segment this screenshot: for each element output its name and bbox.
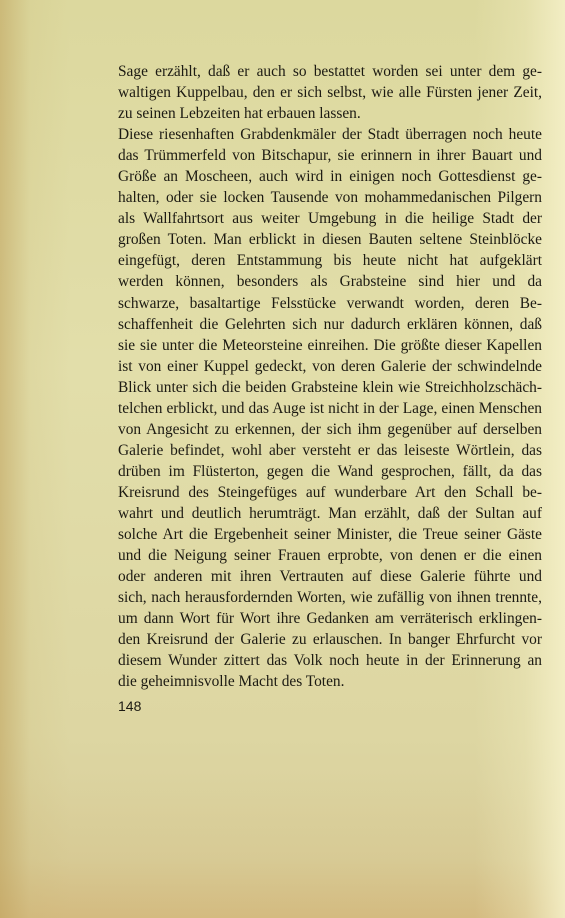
text-line: Größe an Moscheen, auch wird in einigen … — [118, 166, 542, 187]
text-line: die geheimnisvolle Macht des Toten. — [118, 671, 542, 692]
text-line: werden können, besonders als Grabsteine … — [118, 271, 542, 292]
text-line: von Angesicht zu erkennen, der sich ihm … — [118, 419, 542, 440]
text-line: Sage erzählt, daß er auch so bestattet w… — [118, 61, 542, 82]
text-line: das Trümmerfeld von Bitschapur, sie erin… — [118, 145, 542, 166]
text-line: sie sie unter die Meteorsteine einreihen… — [118, 335, 542, 356]
text-line: Blick unter sich die beiden Grabsteine k… — [118, 377, 542, 398]
page-number: 148 — [118, 698, 542, 714]
text-line: um dann Wort für Wort ihre Gedanken am v… — [118, 608, 542, 629]
text-line: als Wallfahrtsort aus weiter Umgebung in… — [118, 208, 542, 229]
text-line: schaffenheit die Gelehrten sich nur dadu… — [118, 314, 542, 335]
text-line: solche Art die Ergebenheit seiner Minist… — [118, 524, 542, 545]
text-line: den Kreisrund der Galerie zu erlauschen.… — [118, 629, 542, 650]
text-line: wahrt und deutlich herumträgt. Man erzäh… — [118, 503, 542, 524]
text-line: eingefügt, deren Entstammung bis heute n… — [118, 250, 542, 271]
text-line: halten, oder sie locken Tausende von moh… — [118, 187, 542, 208]
text-line: telchen erblickt, und das Auge ist nicht… — [118, 398, 542, 419]
text-line: ist von einer Kuppel gedeckt, von deren … — [118, 356, 542, 377]
text-line: oder anderen mit ihren Vertrauten auf di… — [118, 566, 542, 587]
text-line: und die Neigung seiner Frauen erprobte, … — [118, 545, 542, 566]
text-line: Kreisrund des Steingefüges auf wunderbar… — [118, 482, 542, 503]
text-line: zu seinen Lebzeiten hat erbauen lassen. — [118, 103, 542, 124]
text-line: schwarze, basaltartige Felsstücke verwan… — [118, 293, 542, 314]
text-line: waltigen Kuppelbau, den er sich selbst, … — [118, 82, 542, 103]
text-line: großen Toten. Man erblickt in diesen Bau… — [118, 229, 542, 250]
text-line: Diese riesenhaften Grabdenkmäler der Sta… — [118, 124, 542, 145]
text-line: diesem Wunder zittert das Volk noch heut… — [118, 650, 542, 671]
text-line: Galerie befindet, wohl aber versteht er … — [118, 440, 542, 461]
book-page-text: Sage erzählt, daß er auch so bestattet w… — [118, 61, 542, 714]
text-line: sich, nach herausfordernden Worten, wie … — [118, 587, 542, 608]
text-line: drüben im Flüsterton, gegen die Wand ges… — [118, 461, 542, 482]
